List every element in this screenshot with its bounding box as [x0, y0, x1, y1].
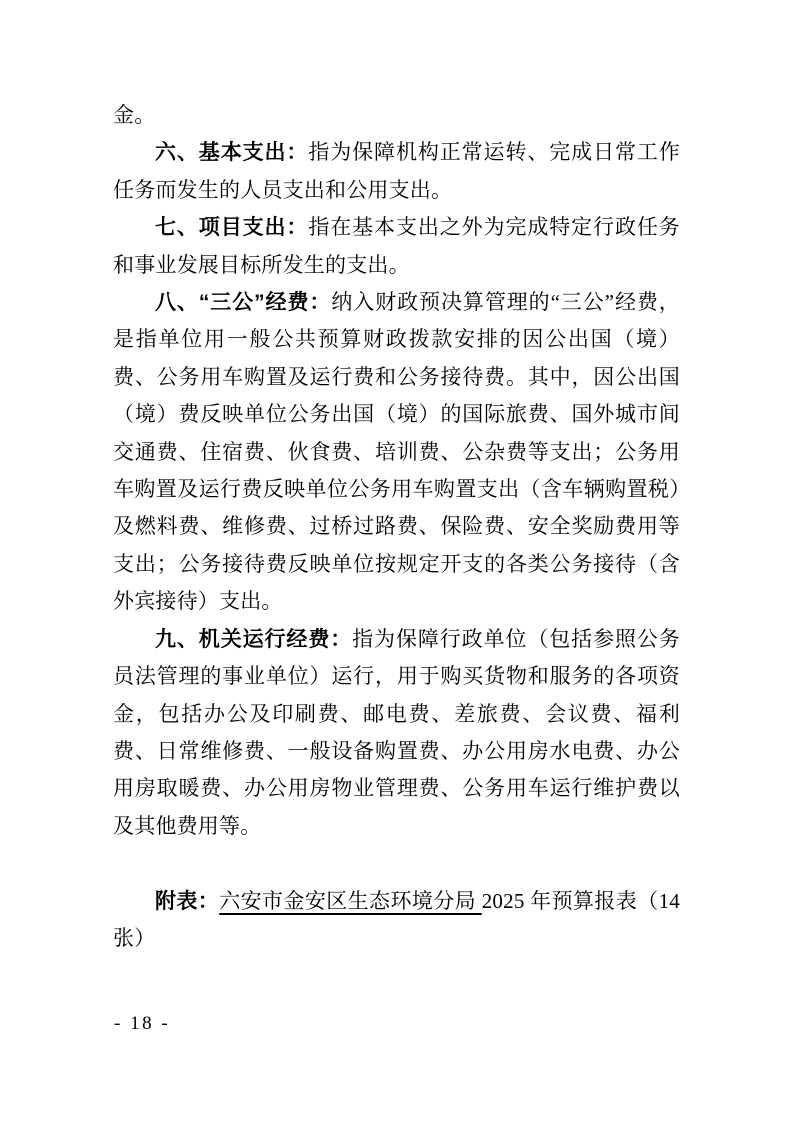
paragraph-project-expenditure: 七、项目支出：指在基本支出之外为完成特定行政任务和事业发展目标所发生的支出。 [113, 209, 680, 284]
paragraph-basic-expenditure-head: 六、基本支出： [155, 141, 308, 164]
paragraph-agency-operating-costs-body: 指为保障行政单位（包括参照公务员法管理的事业单位）运行，用于购买货物和服务的各项… [113, 627, 680, 838]
document-body: 金。 六、基本支出：指为保障机构正常运转、完成日常工作任务而发生的人员支出和公用… [113, 97, 680, 957]
paragraph-three-public-funds: 八、“三公”经费：纳入财政预决算管理的“三公”经费，是指单位用一般公共预算财政拨… [113, 284, 680, 621]
appendix-note-head: 附表： [155, 890, 219, 913]
page-number: - 18 - [114, 1013, 170, 1035]
paragraph-continuation: 金。 [113, 97, 680, 134]
paragraph-three-public-funds-head: 八、“三公”经费： [155, 291, 331, 314]
document-page: 金。 六、基本支出：指为保障机构正常运转、完成日常工作任务而发生的人员支出和公用… [0, 0, 793, 1122]
paragraph-basic-expenditure: 六、基本支出：指为保障机构正常运转、完成日常工作任务而发生的人员支出和公用支出。 [113, 134, 680, 209]
continuation-text: 金。 [113, 103, 155, 127]
appendix-org-name: 六安市金安区生态环境分局 [219, 889, 482, 913]
paragraph-agency-operating-costs: 九、机关运行经费：指为保障行政单位（包括参照公务员法管理的事业单位）运行，用于购… [113, 621, 680, 845]
paragraph-project-expenditure-head: 七、项目支出： [155, 216, 308, 239]
appendix-note: 附表：六安市金安区生态环境分局 2025 年预算报表（14 张） [113, 883, 680, 958]
paragraph-three-public-funds-body: 纳入财政预决算管理的“三公”经费，是指单位用一般公共预算财政拨款安排的因公出国（… [113, 290, 680, 613]
paragraph-agency-operating-costs-head: 九、机关运行经费： [155, 628, 352, 651]
